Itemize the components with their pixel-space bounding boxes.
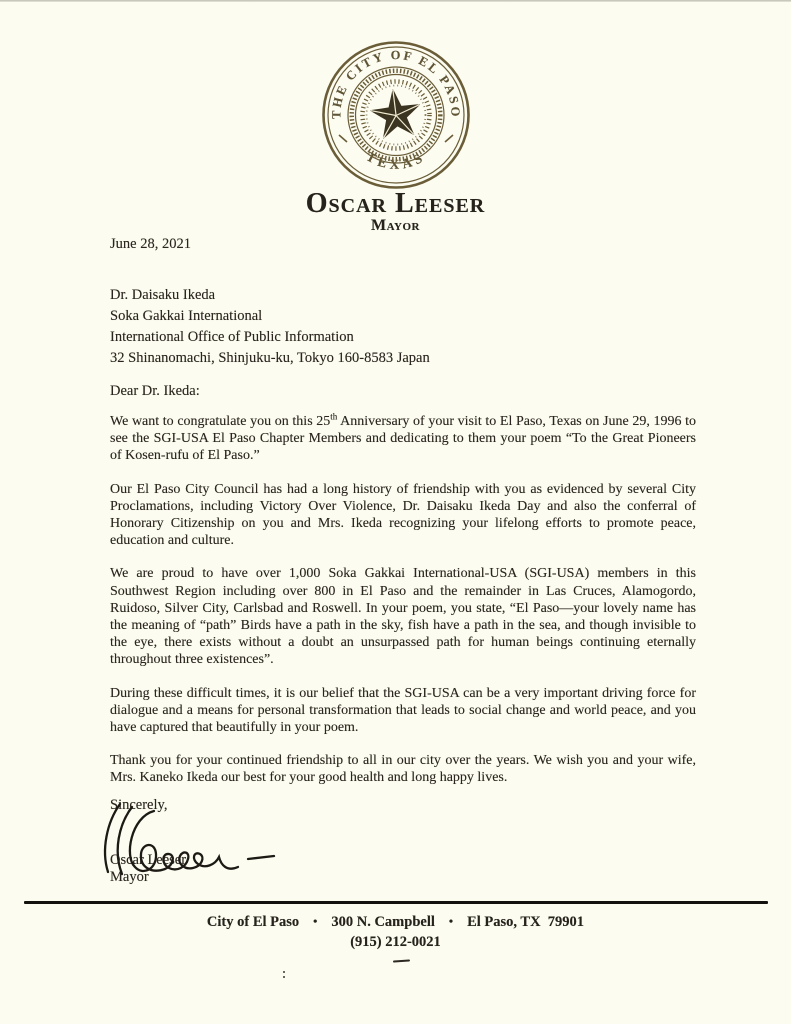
footer-contact-line: City of El Paso•300 N. Campbell•El Paso,… [0,914,791,931]
letter-body: We want to congratulate you on this 25th… [110,413,696,787]
footer-org: City of El Paso [207,914,299,930]
recipient-org: Soka Gakkai International [110,306,696,327]
recipient-street: 32 Shinanomachi, Shinjuku-ku, Tokyo 160-… [110,348,696,369]
paragraph-5: Thank you for your continued friendship … [110,752,696,786]
footer-city-state-zip: El Paso, TX 79901 [467,914,584,930]
paragraph-2: Our El Paso City Council has had a long … [110,481,696,550]
closing-sincerely: Sincerely, [110,797,696,814]
footer: City of El Paso•300 N. Campbell•El Paso,… [0,914,791,951]
letter-date: June 28, 2021 [110,236,696,253]
footer-address: 300 N. Campbell [331,914,435,930]
scan-artifact-mark [283,971,285,973]
typed-signer-name: Oscar Leeser [110,852,696,869]
recipient-name: Dr. Daisaku Ikeda [110,285,696,306]
footer-phone: (915) 212-0021 [0,934,791,951]
paragraph-3: We are proud to have over 1,000 Soka Gak… [110,565,696,668]
paragraph-1: We want to congratulate you on this 25th… [110,413,696,465]
recipient-office: International Office of Public Informati… [110,327,696,348]
salutation: Dear Dr. Ikeda: [110,383,696,400]
bullet-separator-icon: • [449,914,453,928]
typed-signer-title: Mayor [110,869,696,886]
stray-pen-mark [393,959,410,962]
paragraph-4: During these difficult times, it is our … [110,685,696,737]
recipient-address-block: Dr. Daisaku Ikeda Soka Gakkai Internatio… [110,285,696,369]
letter-page: THE CITY OF EL PASO TEXAS Oscar Leeser M… [0,0,791,1024]
letter-column: June 28, 2021 Dr. Daisaku Ikeda Soka Gak… [110,0,696,886]
paragraph-1-pre: We want to congratulate you on this 25 [110,414,330,429]
signature-block: Oscar Leeser Mayor [110,852,696,886]
bullet-separator-icon: • [313,914,317,928]
footer-divider [24,901,768,904]
